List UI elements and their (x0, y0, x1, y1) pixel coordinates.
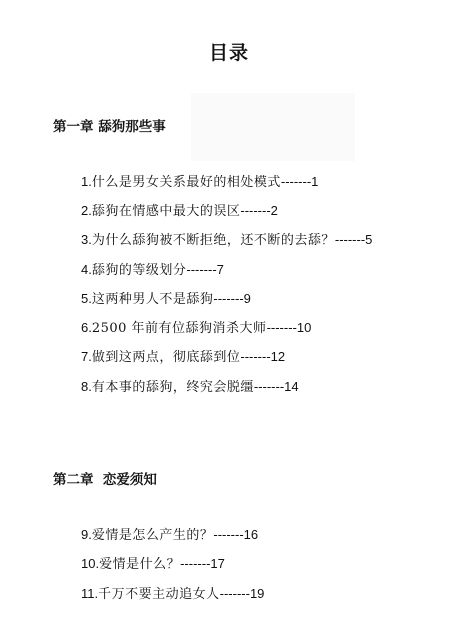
entry-title: 为什么舔狗被不断拒绝，还不断的去舔？ (92, 233, 335, 248)
toc-entry[interactable]: 7.做到这两点，彻底舔到位-------12 (81, 349, 285, 366)
entry-title: 爱情是什么？ (99, 557, 180, 572)
entry-title: 做到这两点，彻底舔到位 (92, 350, 241, 365)
toc-entry[interactable]: 8.有本事的舔狗，终究会脱缰-------14 (81, 379, 299, 396)
chapter-heading-1: 第一章 舔狗那些事 (53, 115, 166, 135)
toc-entry[interactable]: 3.为什么舔狗被不断拒绝，还不断的去舔？-------5 (81, 232, 372, 249)
entry-number: 4. (81, 262, 92, 277)
entry-leader: ------- (281, 174, 311, 189)
toc-entry[interactable]: 5.这两种男人不是舔狗-------9 (81, 291, 251, 308)
faint-watermark-box (191, 93, 355, 161)
entry-title: 有本事的舔狗，终究会脱缰 (92, 380, 254, 395)
entry-title: 2500 年前有位舔狗消杀大师 (92, 321, 267, 336)
toc-entry[interactable]: 6.2500 年前有位舔狗消杀大师-------10 (81, 320, 311, 337)
toc-entry[interactable]: 4.舔狗的等级划分-------7 (81, 262, 224, 279)
entry-number: 2. (81, 203, 92, 218)
toc-entry[interactable]: 9.爱情是怎么产生的？-------16 (81, 527, 258, 544)
chapter-heading-2: 第二章 恋爱须知 (53, 468, 157, 488)
entry-page: 16 (244, 527, 258, 542)
entry-leader: ------- (267, 320, 297, 335)
entry-page: 2 (271, 203, 278, 218)
entry-number: 6. (81, 320, 92, 335)
entry-leader: ------- (254, 379, 284, 394)
document-page: 目录 第一章 舔狗那些事 1.什么是男女关系最好的相处模式-------1 2.… (0, 0, 458, 629)
entry-number: 5. (81, 291, 92, 306)
entry-title: 什么是男女关系最好的相处模式 (92, 175, 281, 190)
entry-title: 爱情是怎么产生的？ (92, 528, 214, 543)
entry-leader: ------- (180, 556, 210, 571)
toc-entry[interactable]: 11.千万不要主动追女人-------19 (81, 586, 264, 603)
entry-number: 3. (81, 232, 92, 247)
toc-entry[interactable]: 1.什么是男女关系最好的相处模式-------1 (81, 174, 318, 191)
entry-title: 舔狗的等级划分 (92, 263, 187, 278)
entry-title: 千万不要主动追女人 (98, 587, 220, 602)
entry-leader: ------- (240, 349, 270, 364)
toc-entry[interactable]: 10.爱情是什么？-------17 (81, 556, 225, 573)
entry-leader: ------- (335, 232, 365, 247)
entry-page: 10 (297, 320, 311, 335)
entry-number: 7. (81, 349, 92, 364)
entry-page: 14 (284, 379, 298, 394)
entry-number: 10. (81, 556, 99, 571)
entry-leader: ------- (220, 586, 250, 601)
entry-page: 1 (311, 174, 318, 189)
entry-leader: ------- (213, 527, 243, 542)
entry-page: 5 (365, 232, 372, 247)
toc-title: 目录 (0, 38, 458, 65)
entry-page: 9 (244, 291, 251, 306)
entry-number: 1. (81, 174, 92, 189)
entry-number: 11. (81, 586, 98, 601)
entry-leader: ------- (213, 291, 243, 306)
entry-number: 8. (81, 379, 92, 394)
entry-page: 19 (250, 586, 264, 601)
entry-leader: ------- (186, 262, 216, 277)
entry-page: 17 (210, 556, 224, 571)
entry-number: 9. (81, 527, 92, 542)
entry-title: 这两种男人不是舔狗 (92, 292, 214, 307)
entry-title: 舔狗在情感中最大的误区 (92, 204, 241, 219)
entry-leader: ------- (240, 203, 270, 218)
toc-entry[interactable]: 2.舔狗在情感中最大的误区-------2 (81, 203, 278, 220)
entry-page: 7 (217, 262, 224, 277)
entry-page: 12 (271, 349, 285, 364)
